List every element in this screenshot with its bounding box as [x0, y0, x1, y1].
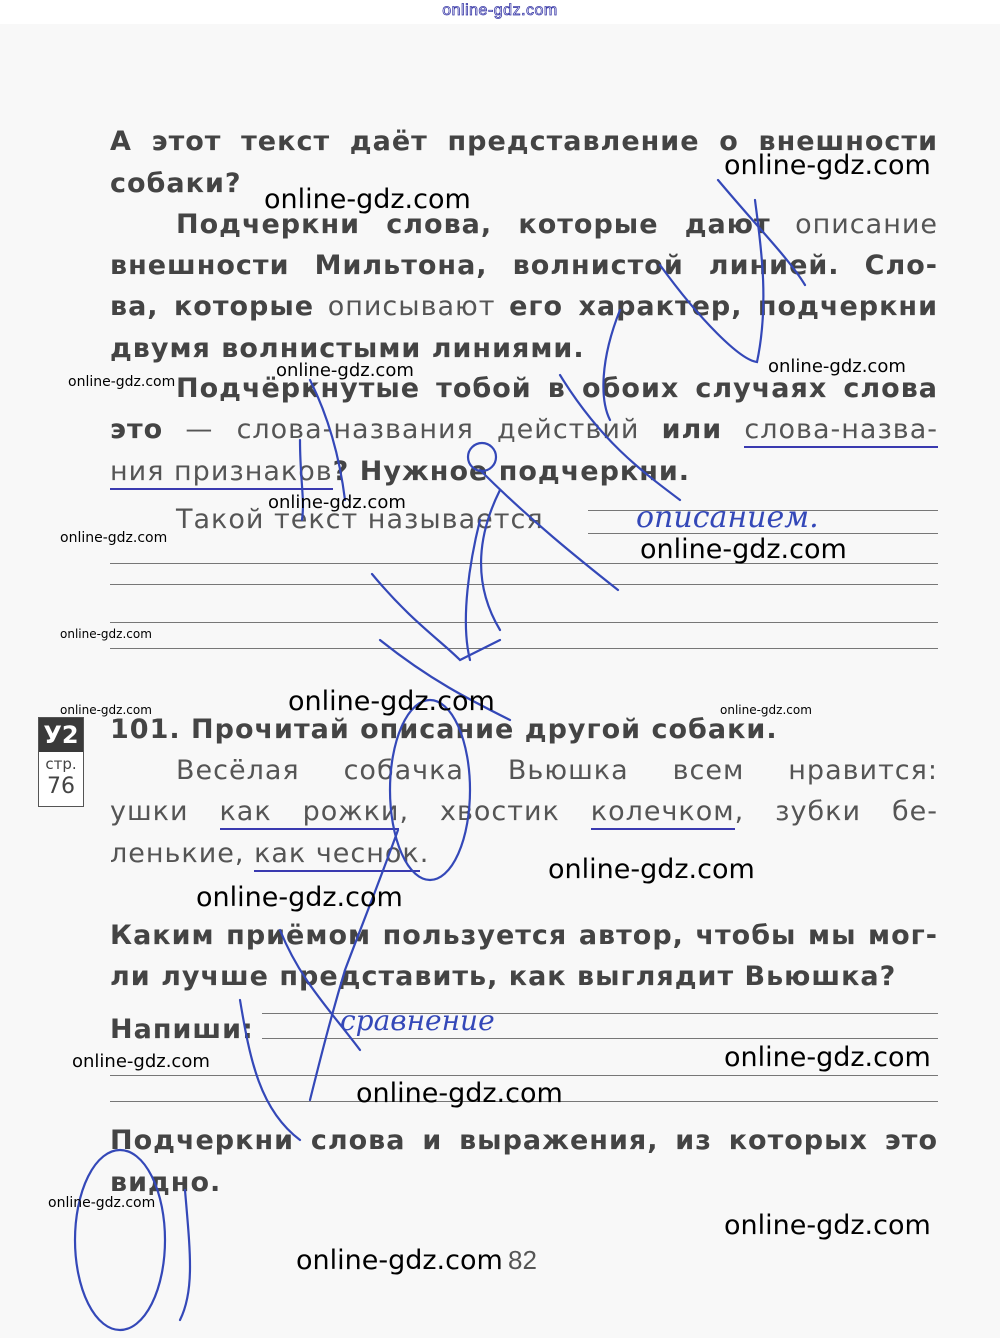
underlined-phrase: как рожки	[220, 796, 400, 830]
task-text-line-3: ленькие, как чеснок.	[110, 833, 938, 874]
watermark[interactable]: online-gdz.com	[724, 1042, 931, 1073]
watermark[interactable]: online-gdz.com	[196, 882, 403, 913]
watermark[interactable]: online-gdz.com	[548, 854, 755, 885]
watermark[interactable]: online-gdz.com	[268, 492, 406, 513]
underlined-answer: ния признаков	[110, 456, 333, 490]
watermark[interactable]: online-gdz.com	[60, 703, 152, 717]
instruction-regular: описывают	[328, 291, 496, 322]
instruction-line-2: внешности Мильтона, волнистой линией. Сл…	[110, 245, 938, 286]
underlined-phrase: как чеснок	[254, 838, 420, 872]
level-label: У2	[39, 718, 83, 752]
answer-line	[110, 584, 938, 585]
watermark[interactable]: online-gdz.com	[720, 703, 812, 717]
instruction-regular: описание	[795, 209, 938, 240]
watermark[interactable]: online-gdz.com	[72, 1051, 210, 1072]
watermark[interactable]: online-gdz.com	[264, 184, 471, 215]
underlined-answer: слова-назва-	[744, 414, 938, 448]
watermark[interactable]: online-gdz.com	[768, 356, 906, 377]
watermark[interactable]: online-gdz.com	[68, 374, 175, 390]
handwritten-answer-1[interactable]: описанием.	[636, 500, 819, 535]
watermark[interactable]: online-gdz.com	[296, 1245, 503, 1276]
task-text-line-1: Весёлая собачка Вьюшка всем нравится:	[110, 750, 938, 791]
question-line-3: ния признаков? Нужное подчеркни.	[110, 451, 938, 492]
instruction-line-3: ва, которые описывают его характер, подч…	[110, 286, 938, 327]
watermark[interactable]: online-gdz.com	[724, 1210, 931, 1241]
text-fragment: ушки	[110, 796, 189, 827]
site-watermark-top[interactable]: online-gdz.com	[0, 2, 1000, 20]
answer-line	[110, 622, 938, 623]
watermark[interactable]: online-gdz.com	[356, 1078, 563, 1109]
task-title: 101. Прочитай описание другой собаки.	[110, 709, 938, 750]
question-or: или	[662, 414, 723, 445]
text-fragment: .	[420, 838, 430, 869]
task-question-line-2: ли лучше представить, как выглядит Вьюшк…	[110, 956, 938, 997]
task-text-line-2: ушки как рожки, хвостик колечком, зубки …	[110, 791, 938, 832]
page-ref: 76	[39, 774, 83, 800]
instruction-line-1: Подчеркни слова, которые дают описание	[110, 204, 938, 245]
level-badge: У2 стр. 76	[38, 717, 84, 807]
watermark[interactable]: online-gdz.com	[48, 1195, 155, 1211]
top-bar: online-gdz.com	[0, 0, 1000, 24]
page-number: 82	[508, 1245, 537, 1276]
watermark[interactable]: online-gdz.com	[60, 530, 167, 546]
answer-line	[110, 1075, 938, 1076]
task-question-line-1: Каким приёмом пользуется автор, чтобы мы…	[110, 915, 938, 956]
handwritten-answer-2[interactable]: сравнение	[340, 1004, 495, 1037]
page-label: стр.	[39, 754, 83, 774]
answer-line	[110, 648, 938, 649]
final-instruction-line-2: видно.	[110, 1162, 938, 1203]
question-bold: ? Нужное подчеркни.	[333, 456, 690, 487]
final-instruction-line-1: Подчеркни слова и выражения, из которых …	[110, 1120, 938, 1161]
question-bold: это	[110, 414, 163, 445]
instruction-bold-a: ва, которые	[110, 291, 314, 322]
watermark[interactable]: online-gdz.com	[60, 627, 152, 641]
instruction-bold-b: его характер, подчеркни	[509, 291, 938, 322]
watermark[interactable]: online-gdz.com	[276, 360, 414, 381]
text-fragment: , хвостик	[399, 796, 559, 827]
watermark[interactable]: online-gdz.com	[288, 686, 495, 717]
question-regular: — слова-названия действий	[185, 414, 639, 445]
text-fragment: , зубки бе-	[735, 796, 938, 827]
underlined-phrase: колечком	[591, 796, 735, 830]
text-fragment: ленькие,	[110, 838, 244, 869]
watermark[interactable]: online-gdz.com	[724, 150, 931, 181]
answer-line	[262, 1038, 938, 1039]
question-line-2: это — слова-названия действий или слова-…	[110, 409, 938, 450]
watermark[interactable]: online-gdz.com	[640, 534, 847, 565]
